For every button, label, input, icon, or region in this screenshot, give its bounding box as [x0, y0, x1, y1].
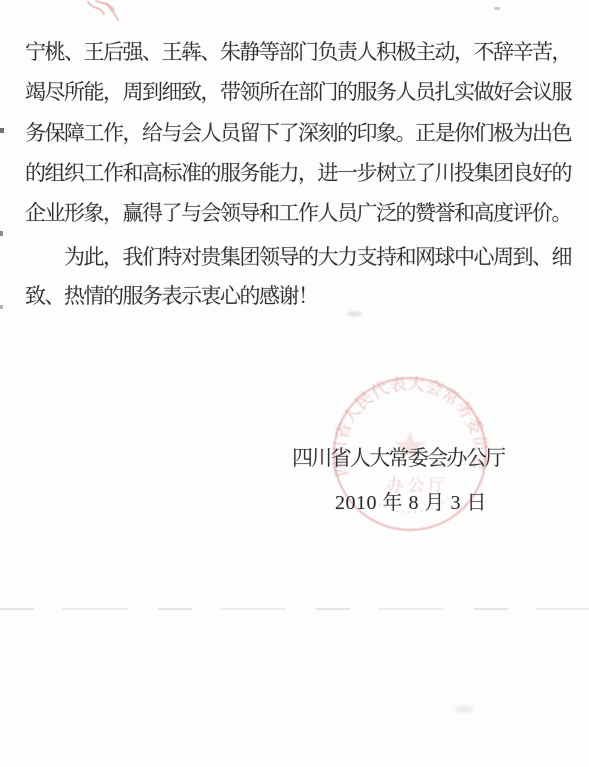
- red-ink-mark: [84, 0, 122, 26]
- body-line-5: 企业形象，赢得了与会领导和工作人员广泛的赞誉和高度评价。: [25, 197, 571, 227]
- scan-smudge: [455, 706, 473, 713]
- body-line-4: 的组织工作和高标准的服务能力，进一步树立了川投集团良好的: [25, 157, 571, 187]
- scan-scratch-line: [0, 608, 589, 610]
- body-line-3: 务保障工作，给与会人员留下了深刻的印象。正是你们极为出色: [25, 117, 571, 147]
- body-line-7: 致、热情的服务表示衷心的感谢！: [25, 280, 318, 310]
- scanned-letter-page: 宁桃、王后强、王犇、朱静等部门负责人积极主动，不辞辛苦， 竭尽所能，周到细致，带…: [0, 0, 589, 767]
- body-line-6: 为此，我们特对贵集团领导的大力支持和网球中心周到、细: [64, 241, 571, 271]
- scan-smudge: [347, 311, 362, 317]
- scan-edge-artifact: [0, 305, 3, 309]
- body-line-2: 竭尽所能，周到细致，带领所在部门的服务人员扎实做好会议服: [25, 76, 571, 106]
- scan-edge-artifact: [0, 128, 4, 133]
- body-line-1: 宁桃、王后强、王犇、朱静等部门负责人积极主动，不辞辛苦，: [25, 36, 571, 66]
- scan-edge-artifact: [0, 231, 3, 236]
- scan-speck: [494, 7, 500, 10]
- signature-date: 2010 年 8 月 3 日: [335, 486, 487, 515]
- signature-org: 四川省人大常委会办公厅: [292, 442, 504, 472]
